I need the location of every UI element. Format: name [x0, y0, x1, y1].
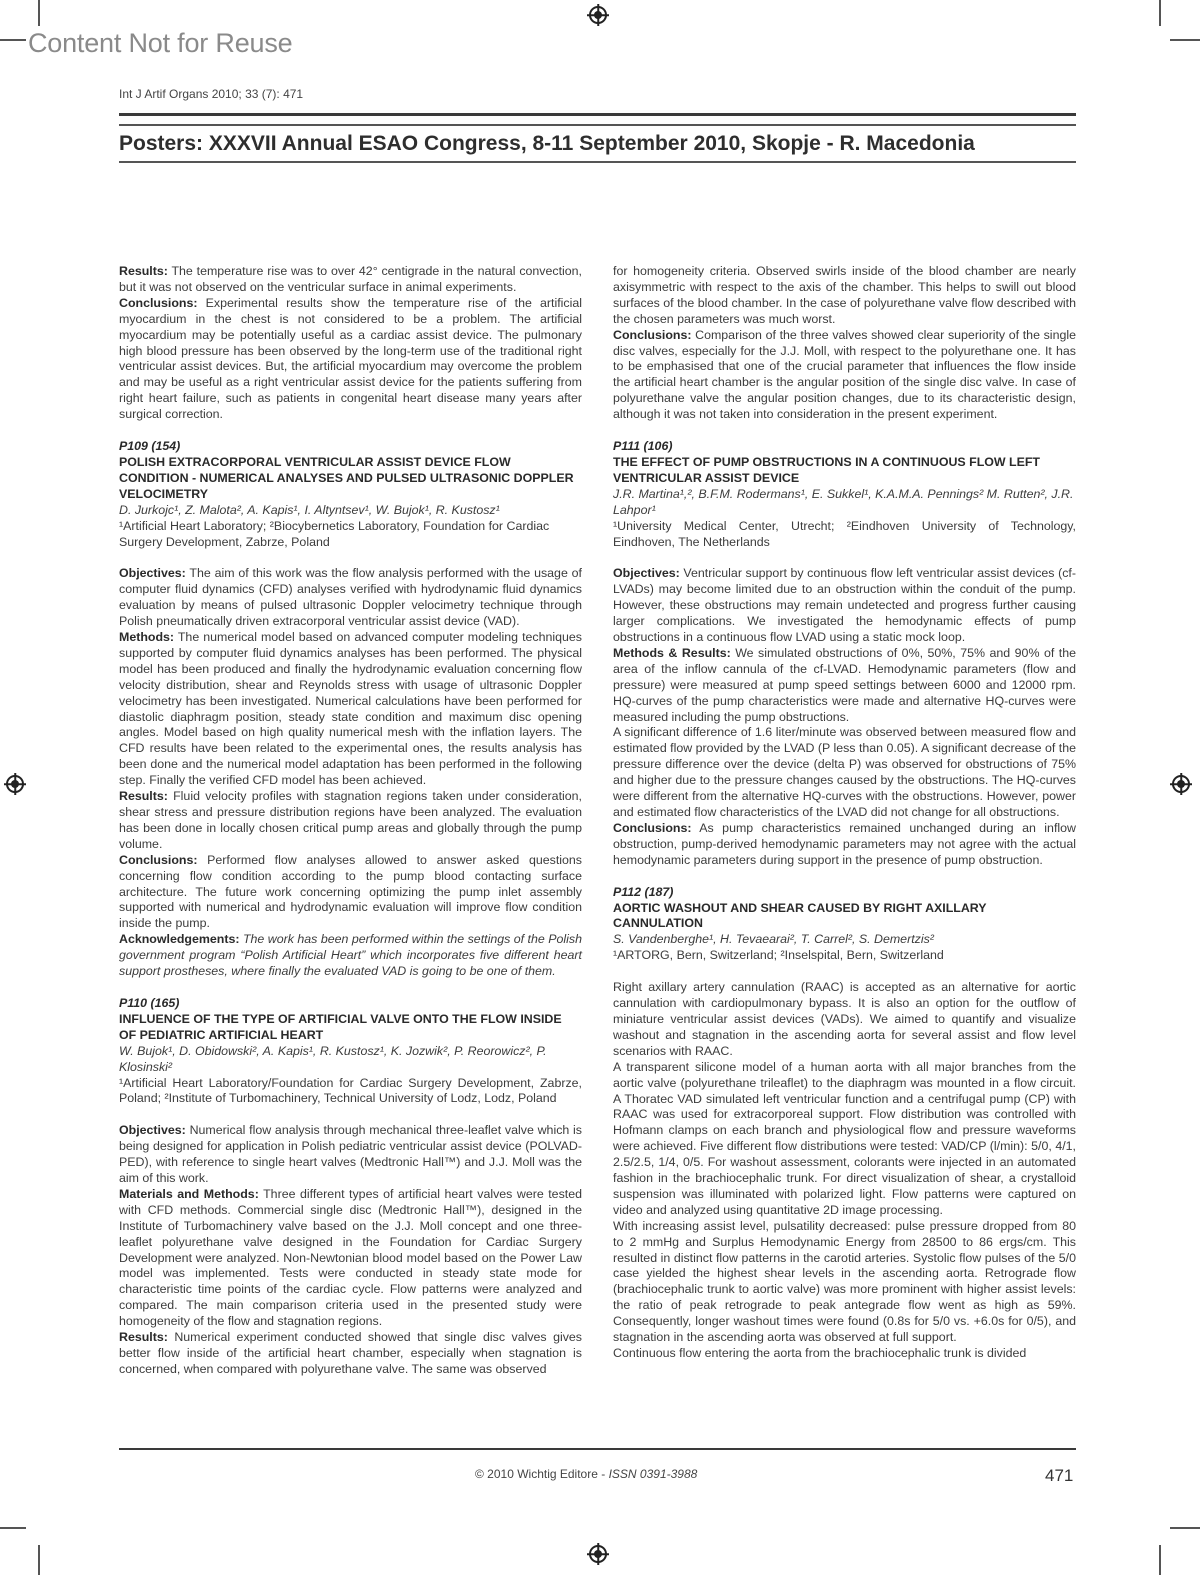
watermark: Content Not for Reuse — [28, 28, 292, 59]
abstract-p112: P112 (187) AORTIC WASHOUT AND SHEAR CAUS… — [613, 885, 1076, 1362]
right-column: for homogeneity criteria. Observed swirl… — [613, 264, 1076, 1362]
objectives: Objectives: Numerical flow analysis thro… — [119, 1123, 582, 1187]
left-column: Results: The temperature rise was to ove… — [119, 264, 582, 1378]
results-continued: A significant difference of 1.6 liter/mi… — [613, 725, 1076, 820]
abstract-authors: S. Vandenberghe¹, H. Tevaearai², T. Carr… — [613, 932, 1076, 948]
body-paragraph: Continuous flow entering the aorta from … — [613, 1346, 1076, 1362]
results: Results: Numerical experiment conducted … — [119, 1330, 582, 1378]
header-rule — [119, 113, 1076, 116]
crop-mark — [1159, 1545, 1161, 1575]
p110-conclusions: Conclusions: Comparison of the three val… — [613, 328, 1076, 423]
acknowledgements: Acknowledgements: The work has been perf… — [119, 932, 582, 980]
page-title: Posters: XXXVII Annual ESAO Congress, 8-… — [119, 132, 975, 156]
prev-abstract-results: Results: The temperature rise was to ove… — [119, 264, 582, 296]
abstract-title: AORTIC WASHOUT AND SHEAR CAUSED BY RIGHT… — [613, 901, 1076, 933]
abstract-title: POLISH EXTRACORPORAL VENTRICULAR ASSIST … — [119, 455, 582, 503]
crop-mark — [1159, 0, 1161, 26]
abstract-affiliations: ¹University Medical Center, Utrecht; ²Ei… — [613, 519, 1076, 551]
crop-mark — [1170, 1527, 1200, 1529]
crop-mark — [38, 0, 40, 26]
registration-mark-icon — [1172, 775, 1190, 793]
footer-rule — [119, 1448, 1076, 1450]
journal-reference: Int J Artif Organs 2010; 33 (7): 471 — [119, 87, 303, 101]
issn: ISSN 0391-3988 — [609, 1467, 698, 1481]
abstract-id: P112 (187) — [613, 885, 1076, 901]
body-paragraph: With increasing assist level, pulsatilit… — [613, 1219, 1076, 1346]
objectives: Objectives: Ventricular support by conti… — [613, 566, 1076, 646]
abstract-authors: W. Bujok¹, D. Obidowski², A. Kapis¹, R. … — [119, 1044, 582, 1076]
crop-mark — [0, 1527, 26, 1529]
page-number: 471 — [1045, 1466, 1073, 1486]
abstract-affiliations: ¹Artificial Heart Laboratory; ²Biocybern… — [119, 519, 582, 551]
crop-mark — [0, 39, 26, 41]
abstract-p110: P110 (165) INFLUENCE OF THE TYPE OF ARTI… — [119, 996, 582, 1378]
abstract-title: INFLUENCE OF THE TYPE OF ARTIFICIAL VALV… — [119, 1012, 582, 1044]
registration-mark-icon — [589, 6, 607, 24]
conclusions: Conclusions: Performed flow analyses all… — [119, 853, 582, 933]
methods: Methods: The numerical model based on ad… — [119, 630, 582, 789]
abstract-authors: D. Jurkojc¹, Z. Malota², A. Kapis¹, I. A… — [119, 503, 582, 519]
registration-mark-icon — [6, 775, 24, 793]
objectives: Objectives: The aim of this work was the… — [119, 566, 582, 630]
abstract-id: P110 (165) — [119, 996, 582, 1012]
crop-mark — [38, 1545, 40, 1575]
registration-mark-icon — [589, 1545, 607, 1563]
prev-abstract-conclusions: Conclusions: Experimental results show t… — [119, 296, 582, 423]
abstract-p109: P109 (154) POLISH EXTRACORPORAL VENTRICU… — [119, 439, 582, 980]
methods-results: Methods & Results: We simulated obstruct… — [613, 646, 1076, 726]
body-paragraph: A transparent silicone model of a human … — [613, 1060, 1076, 1219]
abstract-title: THE EFFECT OF PUMP OBSTRUCTIONS IN A CON… — [613, 455, 1076, 487]
footer-copyright: © 2010 Wichtig Editore - ISSN 0391-3988 — [475, 1467, 697, 1481]
abstract-id: P111 (106) — [613, 439, 1076, 455]
materials-methods: Materials and Methods: Three different t… — [119, 1187, 582, 1330]
crop-mark — [1170, 39, 1200, 41]
abstract-authors: J.R. Martina¹,², B.F.M. Rodermans¹, E. S… — [613, 487, 1076, 519]
header-rule — [119, 161, 1076, 163]
body-paragraph: Right axillary artery cannulation (RAAC)… — [613, 980, 1076, 1060]
p110-results-continued: for homogeneity criteria. Observed swirl… — [613, 264, 1076, 328]
abstract-p111: P111 (106) THE EFFECT OF PUMP OBSTRUCTIO… — [613, 439, 1076, 869]
header-rule — [119, 124, 1076, 126]
abstract-id: P109 (154) — [119, 439, 582, 455]
abstract-affiliations: ¹Artificial Heart Laboratory/Foundation … — [119, 1076, 582, 1108]
results: Results: Fluid velocity profiles with st… — [119, 789, 582, 853]
abstract-affiliations: ¹ARTORG, Bern, Switzerland; ²Inselspital… — [613, 948, 1076, 964]
conclusions: Conclusions: As pump characteristics rem… — [613, 821, 1076, 869]
